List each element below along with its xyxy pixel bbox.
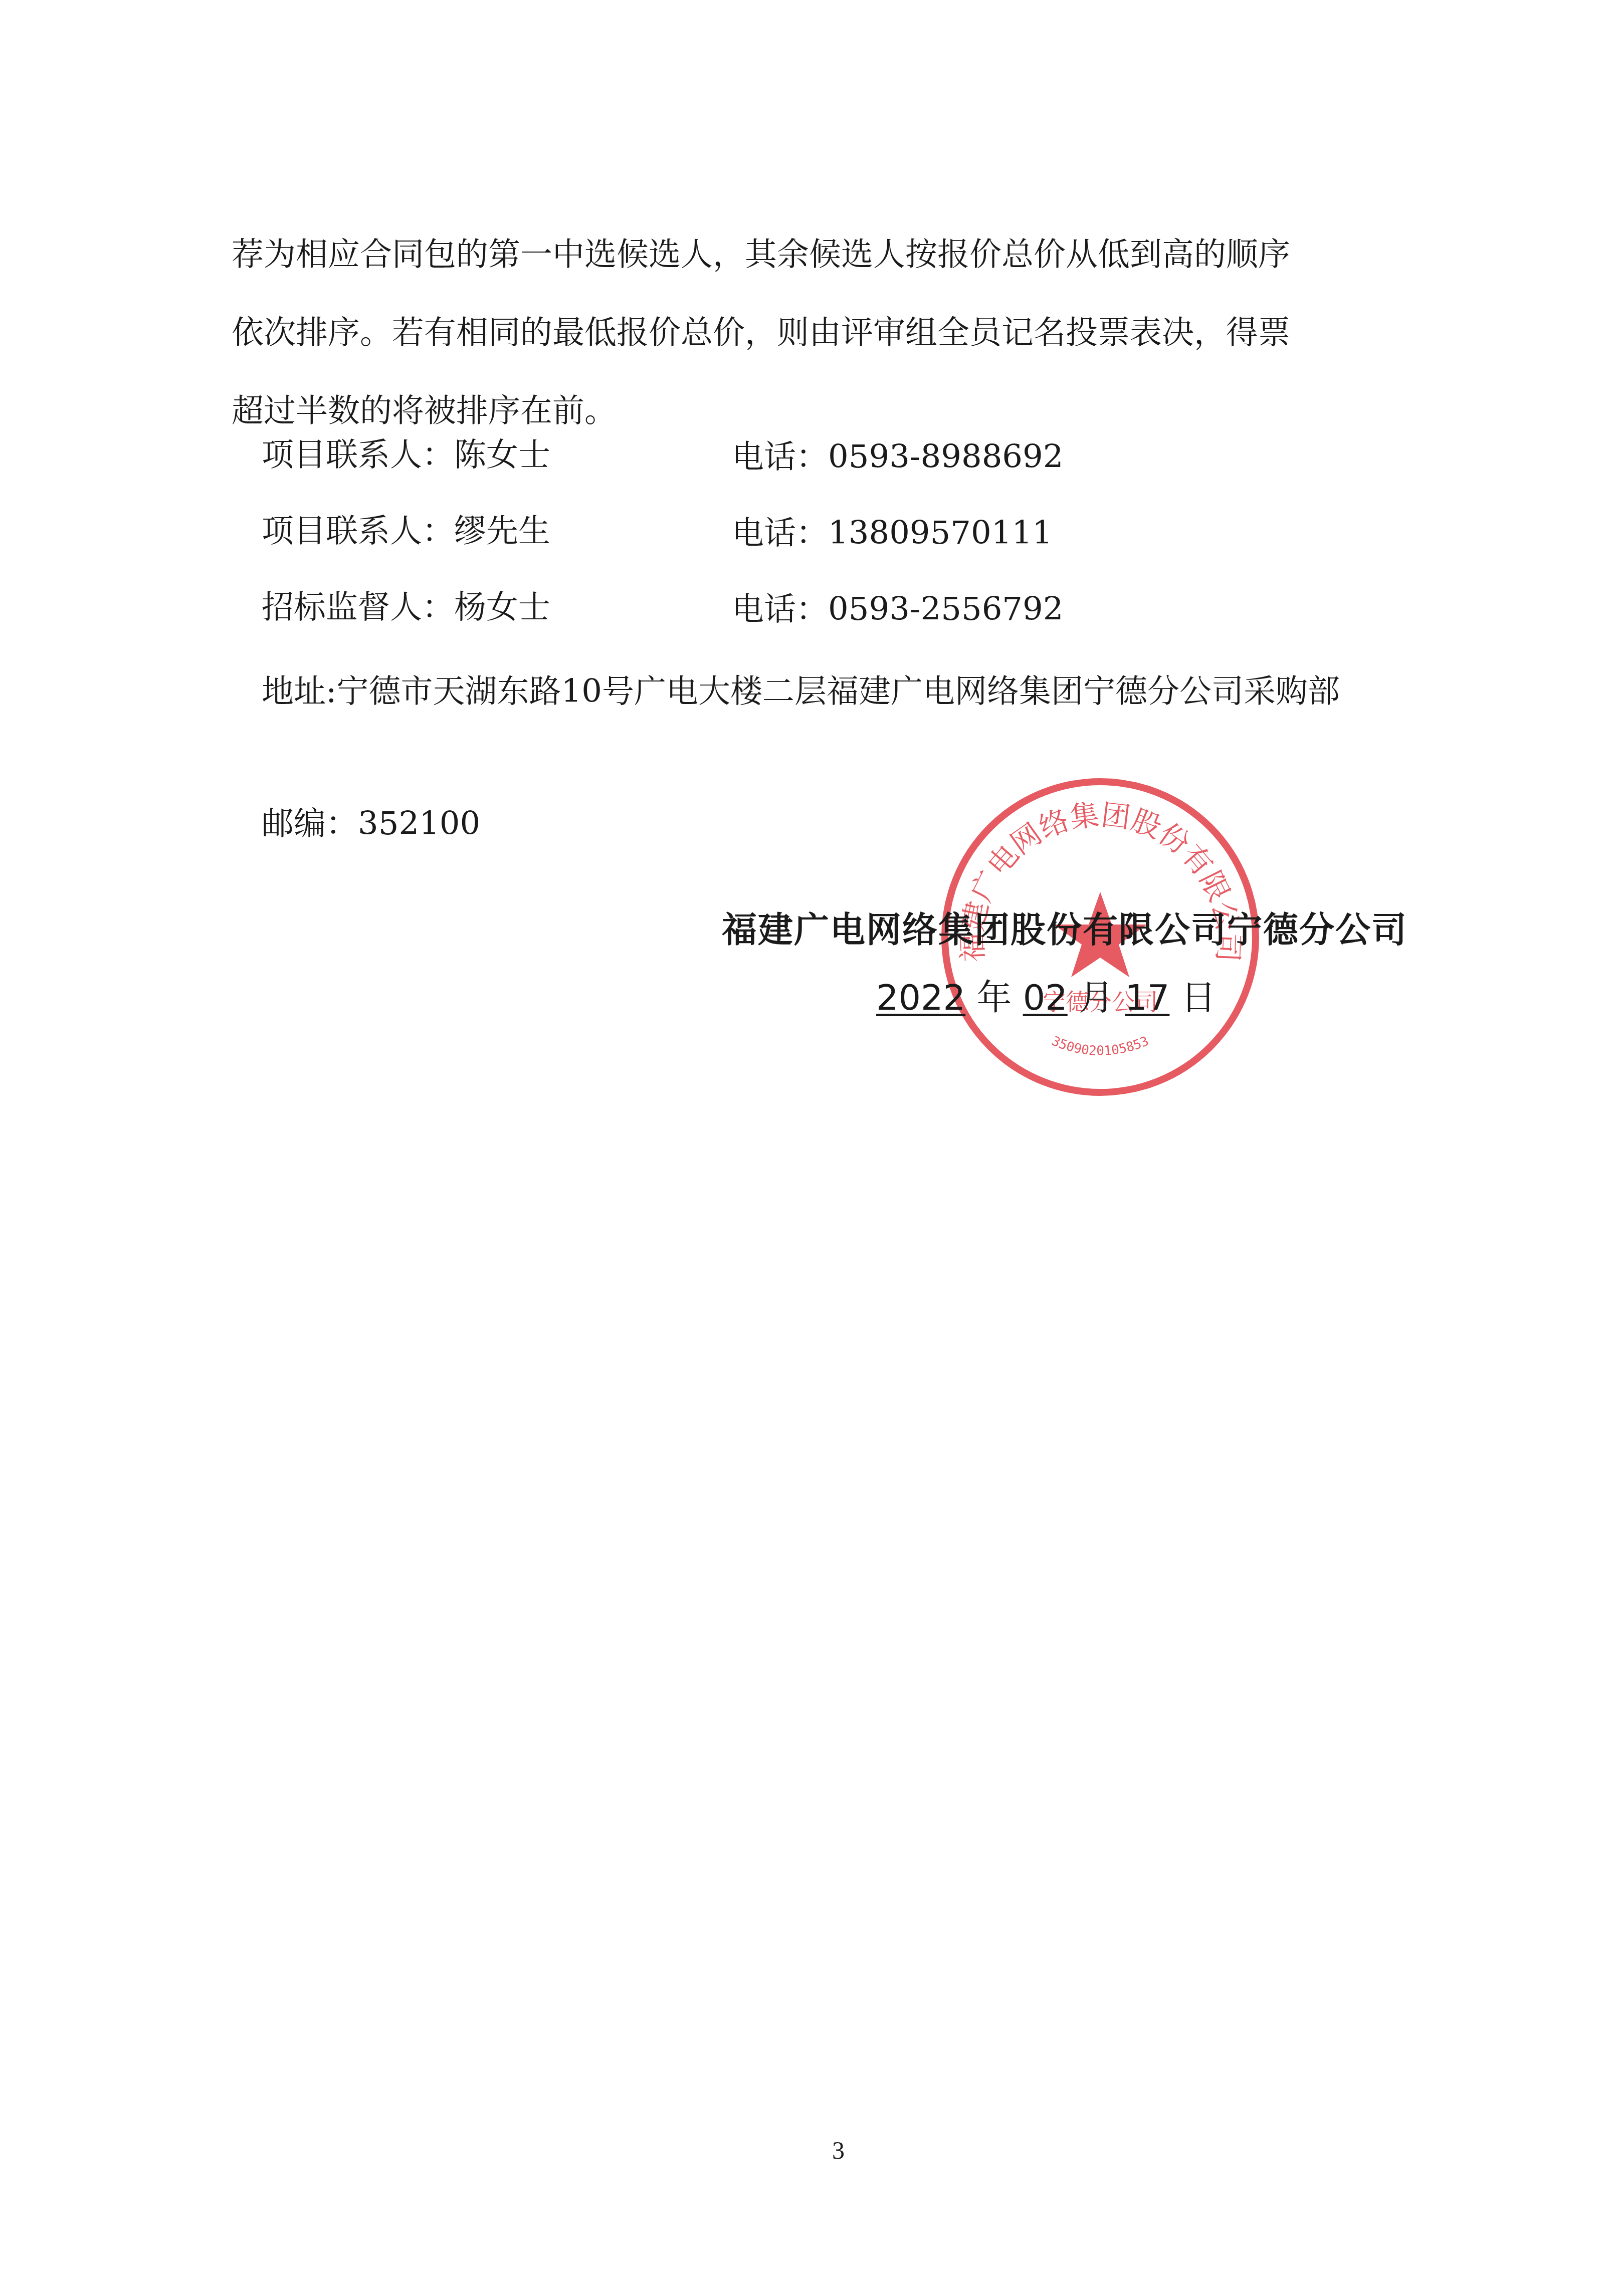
date-month-unit: 月 bbox=[1079, 977, 1114, 1018]
contact-phone-3: 电话：0593-2556792 bbox=[732, 593, 1064, 625]
paragraph-line: 荐为相应合同包的第一中选候选人，其余候选人按报价总价从低到高的顺序 bbox=[232, 215, 1515, 294]
paragraph-line: 依次排序。若有相同的最低报价总价，则由评审组全员记名投票表决，得票 bbox=[232, 294, 1515, 372]
contact-label-3: 招标监督人：杨女士 bbox=[262, 591, 550, 623]
contact-phone-2: 电话：13809570111 bbox=[732, 517, 1053, 549]
body-paragraph: 荐为相应合同包的第一中选候选人，其余候选人按报价总价从低到高的顺序 依次排序。若… bbox=[232, 215, 1515, 450]
date-day: 17 bbox=[1125, 977, 1169, 1018]
signature-company: 福建广电网络集团股份有限公司宁德分公司 bbox=[722, 902, 1407, 953]
contact-label-1: 项目联系人：陈女士 bbox=[262, 439, 550, 471]
date-month: 02 bbox=[1023, 977, 1068, 1018]
address: 地址:宁德市天湖东路10号广电大楼二层福建广电网络集团宁德分公司采购部 bbox=[232, 656, 1515, 727]
date-year: 2022 bbox=[876, 977, 965, 1018]
contact-phone-1: 电话：0593-8988692 bbox=[732, 441, 1064, 473]
contact-label-2: 项目联系人：缪先生 bbox=[262, 515, 550, 547]
postcode: 邮编：352100 bbox=[262, 808, 480, 840]
date-day-unit: 日 bbox=[1181, 977, 1216, 1018]
signature-date: 2022 年 02 月 17 日 bbox=[876, 970, 1216, 1020]
date-year-unit: 年 bbox=[976, 977, 1012, 1018]
seal-code: 3509020105853 bbox=[1050, 1034, 1151, 1059]
page-number: 3 bbox=[832, 2136, 845, 2165]
